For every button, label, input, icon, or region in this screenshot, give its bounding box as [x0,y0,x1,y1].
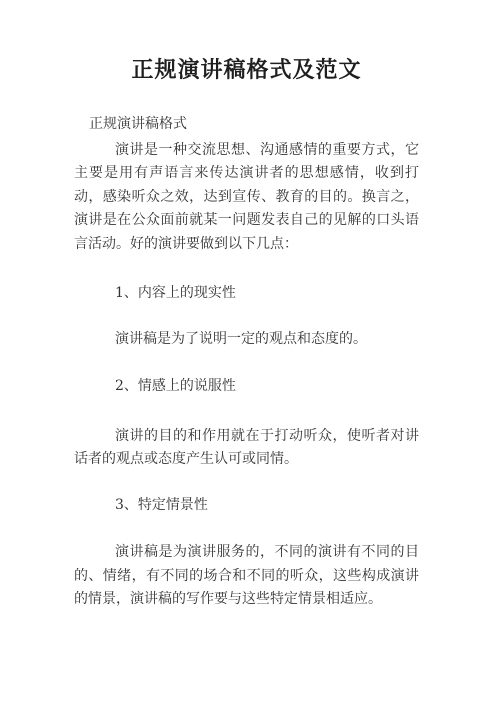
point-1-heading: 1、内容上的现实性 [74,282,419,306]
point-2-heading: 2、情感上的说服性 [74,375,419,399]
document-page: 正规演讲稿格式及范文 正规演讲稿格式 演讲是一种交流思想、沟通感情的重要方式，它… [0,0,500,708]
point-2-paragraph: 演讲的目的和作用就在于打动听众，使听者对讲话者的观点或态度产生认可或同情。 [74,425,419,472]
point-1-paragraph: 演讲稿是为了说明一定的观点和态度的。 [74,328,419,352]
point-3-heading: 3、特定情景性 [74,494,419,518]
document-title: 正规演讲稿格式及范文 [74,55,419,87]
section-subtitle: 正规演讲稿格式 [74,113,419,137]
point-3-paragraph: 演讲稿是为演讲服务的，不同的演讲有不同的目的、情绪，有不同的场合和不同的听众，这… [74,541,419,612]
intro-paragraph: 演讲是一种交流思想、沟通感情的重要方式，它主要是用有声语言来传达演讲者的思想感情… [74,139,419,257]
